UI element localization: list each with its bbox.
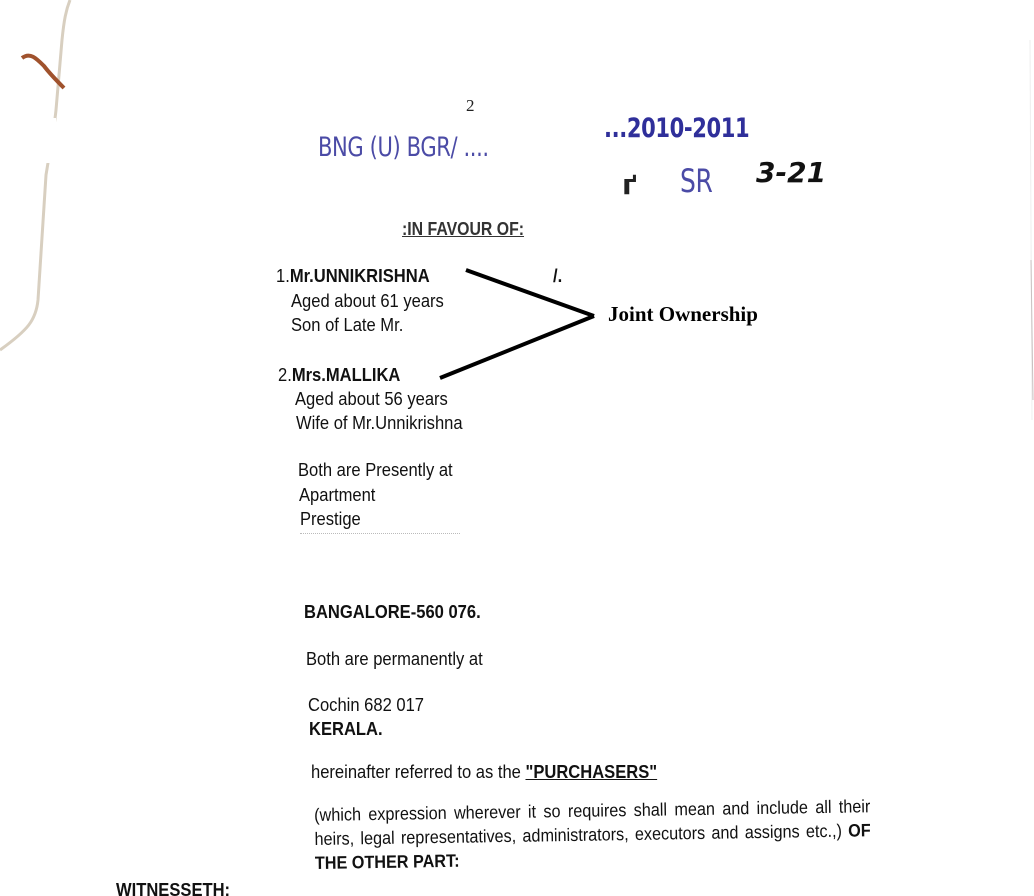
registry-stamp-prefix: BNG (U) BGR/ .... xyxy=(318,132,489,163)
permanent-address-intro: Both are permanently at xyxy=(306,649,483,670)
handwritten-sr-number: 3-21 xyxy=(756,156,826,189)
party-2-name: Mrs.MALLIKA xyxy=(292,365,401,385)
clause-text: (which expression wherever it so require… xyxy=(314,796,870,849)
page-number: 2 xyxy=(466,96,475,116)
in-favour-of-heading: :IN FAVOUR OF: xyxy=(402,219,524,240)
party-1-name: Mr.UNNIKRISHNA xyxy=(290,266,430,286)
present-address-city: BANGALORE-560 076. xyxy=(304,602,481,623)
present-address-line-1: Apartment xyxy=(299,485,375,506)
party-2-number: 2. xyxy=(278,365,292,385)
party-2: 2.Mrs.MALLIKA xyxy=(278,365,400,386)
party-1: 1.Mr.UNNIKRISHNA xyxy=(276,266,430,287)
sr-stamp: SR xyxy=(680,162,712,200)
party-1-age: Aged about 61 years xyxy=(291,291,444,312)
permanent-address-state: KERALA. xyxy=(309,719,383,740)
joint-ownership-annotation: Joint Ownership xyxy=(608,302,758,327)
party-1-trailing-mark: /. xyxy=(553,266,562,287)
redacted-address-line xyxy=(300,533,460,536)
party-2-age: Aged about 56 years xyxy=(295,389,448,410)
present-address-line-2: Prestige xyxy=(300,509,361,530)
party-1-number: 1. xyxy=(276,266,290,286)
purchasers-term: "PURCHASERS" xyxy=(525,762,657,782)
witnesseth-heading: WITNESSETH: xyxy=(116,880,230,896)
handwritten-mark: ґ xyxy=(622,168,637,201)
registry-stamp-year: ...2010-2011 xyxy=(604,113,749,144)
definition-clause: (which expression wherever it so require… xyxy=(314,794,871,875)
referral-text: hereinafter referred to as the xyxy=(311,762,525,782)
party-2-relation: Wife of Mr.Unnikrishna xyxy=(296,413,480,434)
present-address-intro: Both are Presently at xyxy=(298,460,453,481)
purchasers-referral: hereinafter referred to as the "PURCHASE… xyxy=(311,762,657,783)
party-1-relation: Son of Late Mr. xyxy=(291,315,403,336)
permanent-address-line-1: Cochin 682 017 xyxy=(308,695,424,716)
